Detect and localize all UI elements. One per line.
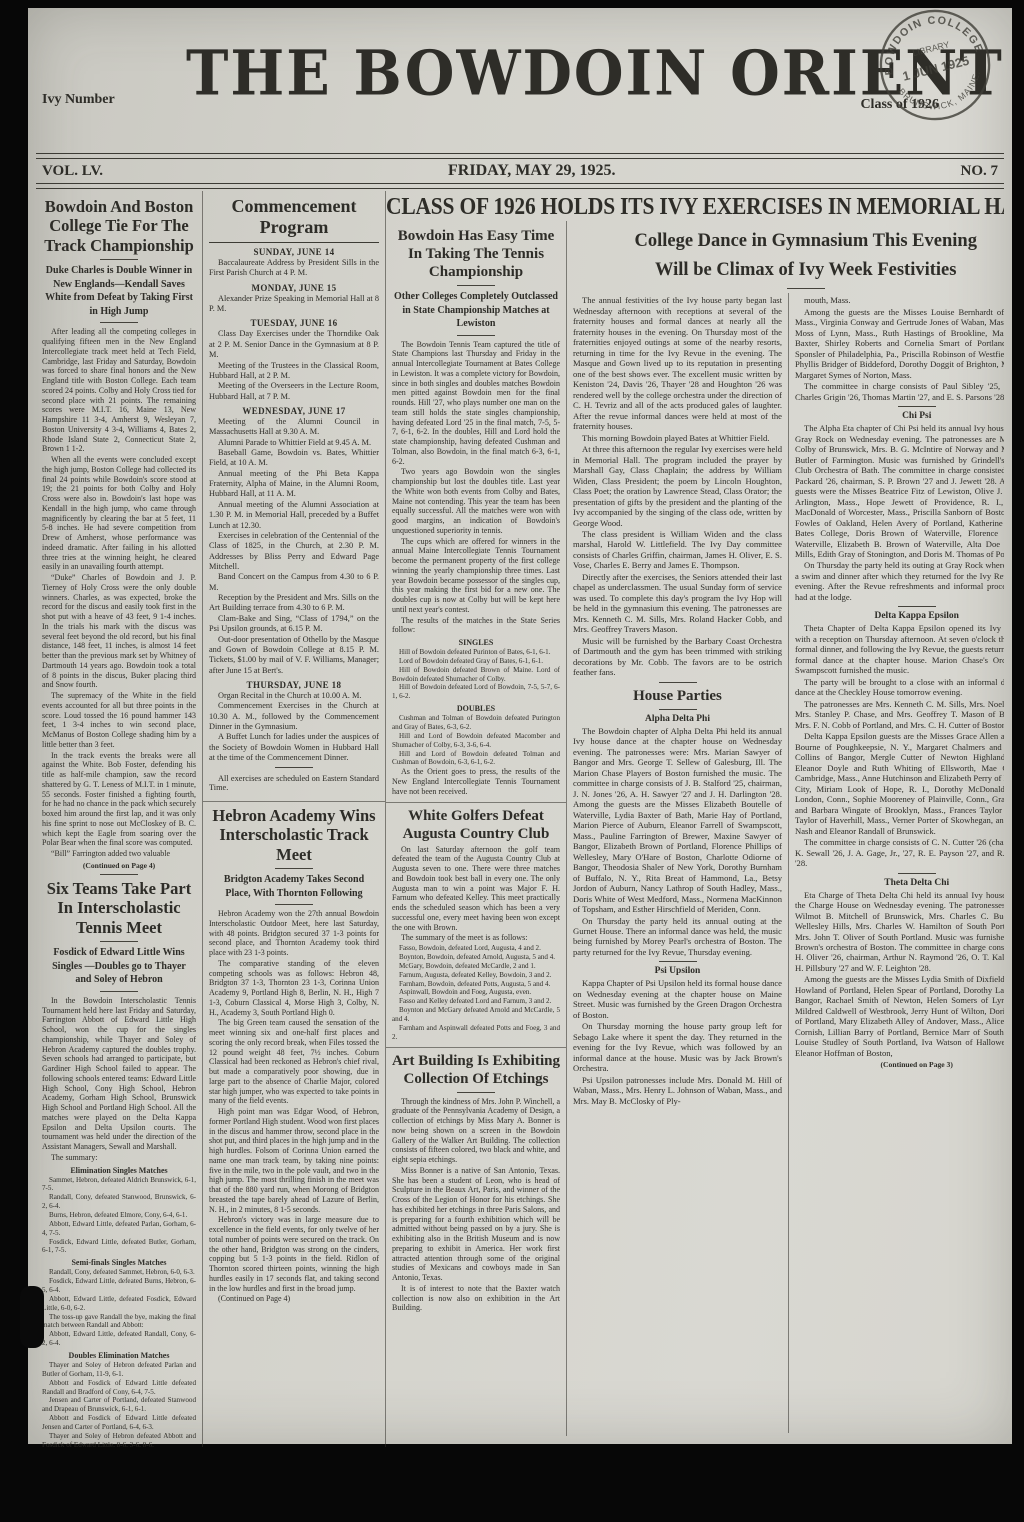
article-body: mouth, Mass.Among the guests are the Mis… [795, 295, 1004, 402]
divider [659, 682, 697, 683]
divider [386, 802, 566, 803]
paragraph: (Continued on Page 4) [209, 1294, 379, 1304]
paragraph: Miss Bonner is a native of San Antonio, … [392, 1166, 560, 1283]
paragraph: mouth, Mass. [795, 295, 1004, 305]
match-result-line: Hill of Bowdoin defeated Purinton of Bat… [392, 648, 560, 657]
paragraph: The class president is William Widen and… [573, 529, 782, 571]
paragraph: The summary of the meet is as follows: [392, 933, 560, 943]
article-body: The annual festivities of the Ivy house … [573, 295, 782, 677]
paragraph: The supremacy of the White in the field … [42, 691, 196, 750]
dance-section: College Dance in Gymnasium This Evening … [567, 221, 1004, 1436]
paragraph: This morning Bowdoin played Bates at Whi… [573, 433, 782, 443]
fraternity-label: Delta Kappa Epsilon [795, 611, 1004, 621]
match-result-line: Farnham, Bowdoin, defeated Potts, August… [392, 980, 560, 989]
article-body: Theta Chapter of Delta Kappa Epsilon ope… [795, 623, 1004, 868]
divider [898, 606, 936, 607]
match-result-line: McGary, Bowdoin, defeated McCardle, 2 an… [392, 962, 560, 971]
schedule-item: Baseball Game, Bowdoin vs. Bates, Whitti… [209, 448, 379, 469]
paragraph: The cups which are offered for winners i… [392, 537, 560, 615]
match-result-line: Cushman and Tolman of Bowdoin defeated P… [392, 714, 560, 732]
article-body: The Alpha Eta chapter of Chi Psi held it… [795, 423, 1004, 602]
schedule-item: Commencement Exercises in the Church at … [209, 701, 379, 732]
match-results: Hill of Bowdoin defeated Purinton of Bat… [392, 648, 560, 701]
article-body: The Bowdoin chapter of Alpha Delta Phi h… [573, 726, 782, 958]
schedule-item: Annual meeting of the Phi Beta Kappa Fra… [209, 469, 379, 500]
headline: Art Building Is Exhibiting Collection Of… [392, 1052, 560, 1088]
match-result-line: Fasso, Bowdoin, defeated Lord, Augusta, … [392, 944, 560, 953]
headline: Commencement Program [209, 191, 379, 243]
schedule-item: Exercises in celebration of the Centenni… [209, 531, 379, 572]
schedule-item: Meeting of the Alumni Council in Massach… [209, 417, 379, 438]
paragraph: Hebron's victory was in large measure du… [209, 1215, 379, 1293]
dance-headline-line2: Will be Climax of Ivy Week Festivities [655, 260, 956, 280]
article-body: After leading all the competing colleges… [42, 327, 196, 859]
paragraph: Music will be furnished by the Barbary C… [573, 636, 782, 678]
match-result-line: Abbott and Fosdick of Edward Little defe… [42, 1379, 196, 1397]
schedule-item: Alexander Prize Speaking in Memorial Hal… [209, 294, 379, 315]
paragraph: The Bowdoin chapter of Alpha Delta Phi h… [573, 726, 782, 915]
match-result-line: Aspinwall, Bowdoin and Foeg, Augusta, ev… [392, 988, 560, 997]
paragraph: Through the kindness of Mrs. John P. Win… [392, 1097, 560, 1165]
match-section-label: Doubles Elimination Matches [42, 1351, 196, 1360]
match-result-line: Abbott, Edward Little, defeated Randall,… [42, 1330, 196, 1348]
paragraph: The Bowdoin Tennis Team captured the tit… [392, 340, 560, 467]
article-body: Kappa Chapter of Psi Upsilon held its fo… [573, 978, 782, 1106]
divider [457, 285, 495, 286]
paragraph: In the track events the breaks were all … [42, 751, 196, 849]
paragraph: Kappa Chapter of Psi Upsilon held its fo… [573, 978, 782, 1020]
article-hebron-track: Hebron Academy Wins Interscholastic Trac… [209, 806, 379, 1304]
match-result-line: Farnham and Aspinwall defeated Potts and… [392, 1024, 560, 1042]
match-results: Sammet, Hebron, defeated Aldrich Brunswi… [42, 1176, 196, 1256]
paragraph: The comparative standing of the eleven c… [209, 959, 379, 1018]
paragraph: “Bill” Farrington added two valuable [42, 849, 196, 859]
dance-columns: The annual festivities of the Ivy house … [567, 293, 1004, 1433]
paragraph: The committee in charge consists of C. N… [795, 837, 1004, 868]
article-body: Hebron Academy won the 27th annual Bowdo… [209, 909, 379, 1304]
dance-headline: College Dance in Gymnasium This Evening … [567, 227, 1004, 284]
paragraph: The annual festivities of the Ivy house … [573, 295, 782, 431]
match-result-line: Abbott and Fosdick of Edward Little defe… [42, 1414, 196, 1432]
right-columns: Bowdoin Has Easy Time In Taking The Tenn… [386, 221, 1004, 1436]
schedule-item: Meeting of the Trustees in the Classical… [209, 361, 379, 382]
article-art-etchings: Art Building Is Exhibiting Collection Of… [392, 1052, 560, 1314]
match-result-line: Hill and Lord of Bowdoin defeated Tolman… [392, 750, 560, 768]
issue-number-label: NO. 7 [960, 163, 998, 180]
divider [659, 961, 697, 962]
svg-text:1 JUN 1925: 1 JUN 1925 [901, 53, 971, 84]
schedule-item: Band Concert on the Campus from 4.30 to … [209, 572, 379, 593]
newspaper-title: THE BOWDOIN ORIENT [186, 37, 814, 109]
article-body: Through the kindness of Mrs. John P. Win… [392, 1097, 560, 1314]
divider [100, 991, 138, 992]
article-commencement-program: Commencement Program SUNDAY, JUNE 14 Bac… [209, 191, 379, 792]
headline: Hebron Academy Wins Interscholastic Trac… [209, 806, 379, 864]
match-result-line: Thayer and Soley of Hebron defeated Abbo… [42, 1432, 196, 1447]
day-heading: WEDNESDAY, JUNE 17 [209, 406, 379, 416]
schedule-item: Annual meeting of the Alumni Association… [209, 500, 379, 531]
paragraph: “Duke” Charles of Bowdoin and J. P. Tier… [42, 573, 196, 690]
paragraph: The party will be brought to a close wit… [795, 677, 1004, 698]
match-result-line: Hill and Lord of Bowdoin defeated Macomb… [392, 732, 560, 750]
paragraph: Theta Chapter of Delta Kappa Epsilon ope… [795, 623, 1004, 675]
match-result-line: Fosdick, Edward Little, defeated Butler,… [42, 1238, 196, 1256]
subheadline: Bridgton Academy Takes Second Place, Wit… [211, 873, 377, 900]
article-body: The Bowdoin Tennis Team captured the tit… [392, 340, 560, 636]
schedule-footnote: All exercises are scheduled on Eastern S… [209, 774, 379, 792]
newspaper-scan: Ivy Number THE BOWDOIN ORIENT Class of 1… [28, 8, 1012, 1444]
divider [659, 709, 697, 710]
schedule-item: A Buffet Lunch for ladies under the ausp… [209, 732, 379, 763]
divider [787, 288, 825, 289]
divider [275, 904, 313, 905]
match-result-line: Jensen and Carter of Portland, defeated … [42, 1396, 196, 1414]
divider [457, 1092, 495, 1093]
svg-text:LIBRARY: LIBRARY [911, 39, 950, 58]
match-result-line: The toss-up gave Randall the bye, making… [42, 1313, 196, 1331]
day-heading: THURSDAY, JUNE 18 [209, 680, 379, 690]
divider [898, 406, 936, 407]
edition-label: Ivy Number [42, 92, 115, 108]
paragraph: The big Green team caused the sensation … [209, 1018, 379, 1106]
paragraph: On Thursday the party held its annual ou… [573, 916, 782, 958]
fraternity-label: Psi Upsilon [573, 966, 782, 976]
schedule-item: Clam-Bake and Sing, “Class of 1794,” on … [209, 614, 379, 635]
newspaper-page: Ivy Number THE BOWDOIN ORIENT Class of 1… [0, 0, 1024, 1522]
match-section-label: DOUBLES [392, 704, 560, 713]
paragraph: Two years ago Bowdoin won the singles ch… [392, 467, 560, 535]
article-interscholastic-tennis: Six Teams Take Part In Interscholastic T… [42, 879, 196, 1447]
paragraph: Hebron Academy won the 27th annual Bowdo… [209, 909, 379, 958]
dance-headline-line1: College Dance in Gymnasium This Evening [634, 231, 976, 251]
schedule-item: Organ Recital in the Church at 10.00 A. … [209, 691, 379, 701]
continued-note: (Continued on Page 3) [795, 1060, 1004, 1069]
library-stamp-icon: BOWDOIN COLLEGE LIBRARY 1 JUN 1925 BRUNS… [863, 0, 1006, 137]
match-result-line: Hill of Bowdoin defeated Lord of Bowdoin… [392, 683, 560, 701]
schedule-item: Baccalaureate Address by President Sills… [209, 258, 379, 279]
schedule-items: Meeting of the Alumni Council in Massach… [209, 417, 379, 676]
banner-headline: CLASS OF 1926 HOLDS ITS IVY EXERCISES IN… [386, 193, 1004, 221]
paragraph: The committee in charge consists of Paul… [795, 381, 1004, 402]
headline: Six Teams Take Part In Interscholastic T… [42, 879, 196, 937]
schedule-item: Meeting of the Overseers in the Lecture … [209, 381, 379, 402]
headline: Bowdoin Has Easy Time In Taking The Tenn… [392, 227, 560, 281]
divider [36, 183, 1004, 189]
match-result-line: Thayer and Soley of Hebron defeated Parl… [42, 1361, 196, 1379]
match-result-line: Lord of Bowdoin defeated Gray of Bates, … [392, 657, 560, 666]
house-parties-header: House Parties [573, 688, 782, 705]
schedule-item: Reception by the President and Mrs. Sill… [209, 593, 379, 614]
match-section-label: SINGLES [392, 638, 560, 647]
paragraph: Eta Charge of Theta Delta Chi held its a… [795, 890, 1004, 974]
masthead: Ivy Number THE BOWDOIN ORIENT Class of 1… [36, 12, 1004, 152]
dateline: VOL. LV. FRIDAY, MAY 29, 1925. NO. 7 [36, 160, 1004, 182]
subheadline: Duke Charles is Double Winner in New Eng… [44, 264, 194, 318]
column-2: Commencement Program SUNDAY, JUNE 14 Bac… [203, 191, 386, 1447]
match-results: Thayer and Soley of Hebron defeated Parl… [42, 1361, 196, 1447]
match-result-line: Randall, Cony, defeated Sammet, Hebron, … [42, 1268, 196, 1277]
divider [100, 941, 138, 942]
paragraph: Directly after the exercises, the Senior… [573, 572, 782, 635]
match-result-line: Farnum, Augusta, defeated Kelley, Bowdoi… [392, 971, 560, 980]
paragraph: On Thursday morning the house party grou… [573, 1021, 782, 1073]
column-4: The annual festivities of the Ivy house … [567, 293, 789, 1433]
right-section: CLASS OF 1926 HOLDS ITS IVY EXERCISES IN… [386, 191, 1004, 1447]
divider [386, 1047, 566, 1048]
continued-note: (Continued on Page 4) [42, 861, 196, 870]
day-heading: MONDAY, JUNE 15 [209, 283, 379, 293]
paragraph: In the Bowdoin Interscholastic Tennis To… [42, 996, 196, 1152]
column-1: Bowdoin And Boston College Tie For The T… [36, 191, 203, 1447]
match-result-line: Abbott, Edward Little, defeated Fosdick,… [42, 1295, 196, 1313]
paragraph: At three this afternoon the regular Ivy … [573, 444, 782, 528]
headline: White Golfers Defeat Augusta Country Clu… [392, 807, 560, 843]
paragraph: After leading all the competing colleges… [42, 327, 196, 454]
match-result-line: Boynton and McGary defeated Arnold and M… [392, 1006, 560, 1024]
fraternity-label: Alpha Delta Phi [573, 714, 782, 724]
date-label: FRIDAY, MAY 29, 1925. [448, 162, 615, 180]
match-result-line: Burns, Hebron, defeated Elmore, Cony, 6-… [42, 1211, 196, 1220]
article-track-championship: Bowdoin And Boston College Tie For The T… [42, 197, 196, 870]
day-heading: TUESDAY, JUNE 16 [209, 318, 379, 328]
paragraph: Among the guests are the Misses Louise B… [795, 307, 1004, 380]
fraternity-label: Theta Delta Chi [795, 878, 1004, 888]
paragraph: The results of the matches in the State … [392, 616, 560, 636]
fraternity-label: Chi Psi [795, 411, 1004, 421]
scan-artifact [20, 1286, 44, 1348]
paragraph: On last Saturday afternoon the golf team… [392, 845, 560, 933]
match-section-label: Semi-finals Singles Matches [42, 1258, 196, 1267]
article-body: On last Saturday afternoon the golf team… [392, 845, 560, 944]
match-results: Fasso, Bowdoin, defeated Lord, Augusta, … [392, 944, 560, 1041]
schedule-items: Baccalaureate Address by President Sills… [209, 258, 379, 279]
match-result-line: Boynton, Bowdoin, defeated Arnold, Augus… [392, 953, 560, 962]
divider [203, 801, 385, 802]
article-body: In the Bowdoin Interscholastic Tennis To… [42, 996, 196, 1163]
divider [100, 322, 138, 323]
divider [36, 153, 1004, 159]
divider [100, 874, 138, 875]
article-golf: White Golfers Defeat Augusta Country Clu… [392, 807, 560, 1042]
page-columns: Bowdoin And Boston College Tie For The T… [36, 191, 1004, 1447]
divider [275, 868, 313, 869]
match-results: Cushman and Tolman of Bowdoin defeated P… [392, 714, 560, 767]
paragraph: As the Orient goes to press, the results… [392, 767, 560, 796]
match-result-line: Randall, Cony, defeated Stanwood, Brunsw… [42, 1193, 196, 1211]
paragraph: Psi Upsilon patronesses include Mrs. Don… [573, 1075, 782, 1106]
paragraph: The summary: [42, 1153, 196, 1163]
headline: Bowdoin And Boston College Tie For The T… [42, 197, 196, 255]
volume-label: VOL. LV. [42, 163, 103, 180]
paragraph: On Thursday the party held its outing at… [795, 560, 1004, 602]
column-5: mouth, Mass.Among the guests are the Mis… [789, 293, 1004, 1433]
subheadline: Fosdick of Edward Little Wins Singles —D… [44, 946, 194, 987]
match-result-line: Sammet, Hebron, defeated Aldrich Brunswi… [42, 1176, 196, 1194]
divider [100, 259, 138, 260]
match-results: Randall, Cony, defeated Sammet, Hebron, … [42, 1268, 196, 1348]
paragraph: When all the events were concluded excep… [42, 455, 196, 572]
schedule-item: Class Day Exercises under the Thorndike … [209, 329, 379, 360]
schedule-item: Alumni Parade to Whittier Field at 9.45 … [209, 438, 379, 448]
divider [275, 767, 313, 768]
schedule-items: Class Day Exercises under the Thorndike … [209, 329, 379, 402]
subheadline: Other Colleges Completely Outclassed in … [394, 290, 558, 331]
article-body: Eta Charge of Theta Delta Chi held its a… [795, 890, 1004, 1059]
schedule-item: Out-door presentation of Othello by the … [209, 635, 379, 676]
paragraph: Among the guests are the Misses Lydia Sm… [795, 974, 1004, 1058]
paragraph: Delta Kappa Epsilon guests are the Misse… [795, 731, 1004, 836]
paragraph: It is of interest to note that the Baxte… [392, 1284, 560, 1313]
divider [898, 873, 936, 874]
paragraph: The patronesses are Mrs. Kenneth C. M. S… [795, 699, 1004, 730]
schedule-items: Alexander Prize Speaking in Memorial Hal… [209, 294, 379, 315]
schedule-items: Organ Recital in the Church at 10.00 A. … [209, 691, 379, 764]
match-result-line: Fosdick, Edward Little, defeated Burns, … [42, 1277, 196, 1295]
match-result-line: Hill of Bowdoin defeated Brown of Maine.… [392, 666, 560, 684]
paragraph: High point man was Edgar Wood, of Hebron… [209, 1107, 379, 1214]
match-result-line: Fasso and Kelley defeated Lord and Farnu… [392, 997, 560, 1006]
match-section-label: Elimination Singles Matches [42, 1166, 196, 1175]
column-3: Bowdoin Has Easy Time In Taking The Tenn… [386, 221, 567, 1436]
divider [457, 335, 495, 336]
day-heading: SUNDAY, JUNE 14 [209, 247, 379, 257]
match-result-line: Abbott, Edward Little, defeated Parlan, … [42, 1220, 196, 1238]
article-tennis-championship: Bowdoin Has Easy Time In Taking The Tenn… [392, 227, 560, 797]
paragraph: The Alpha Eta chapter of Chi Psi held it… [795, 423, 1004, 559]
